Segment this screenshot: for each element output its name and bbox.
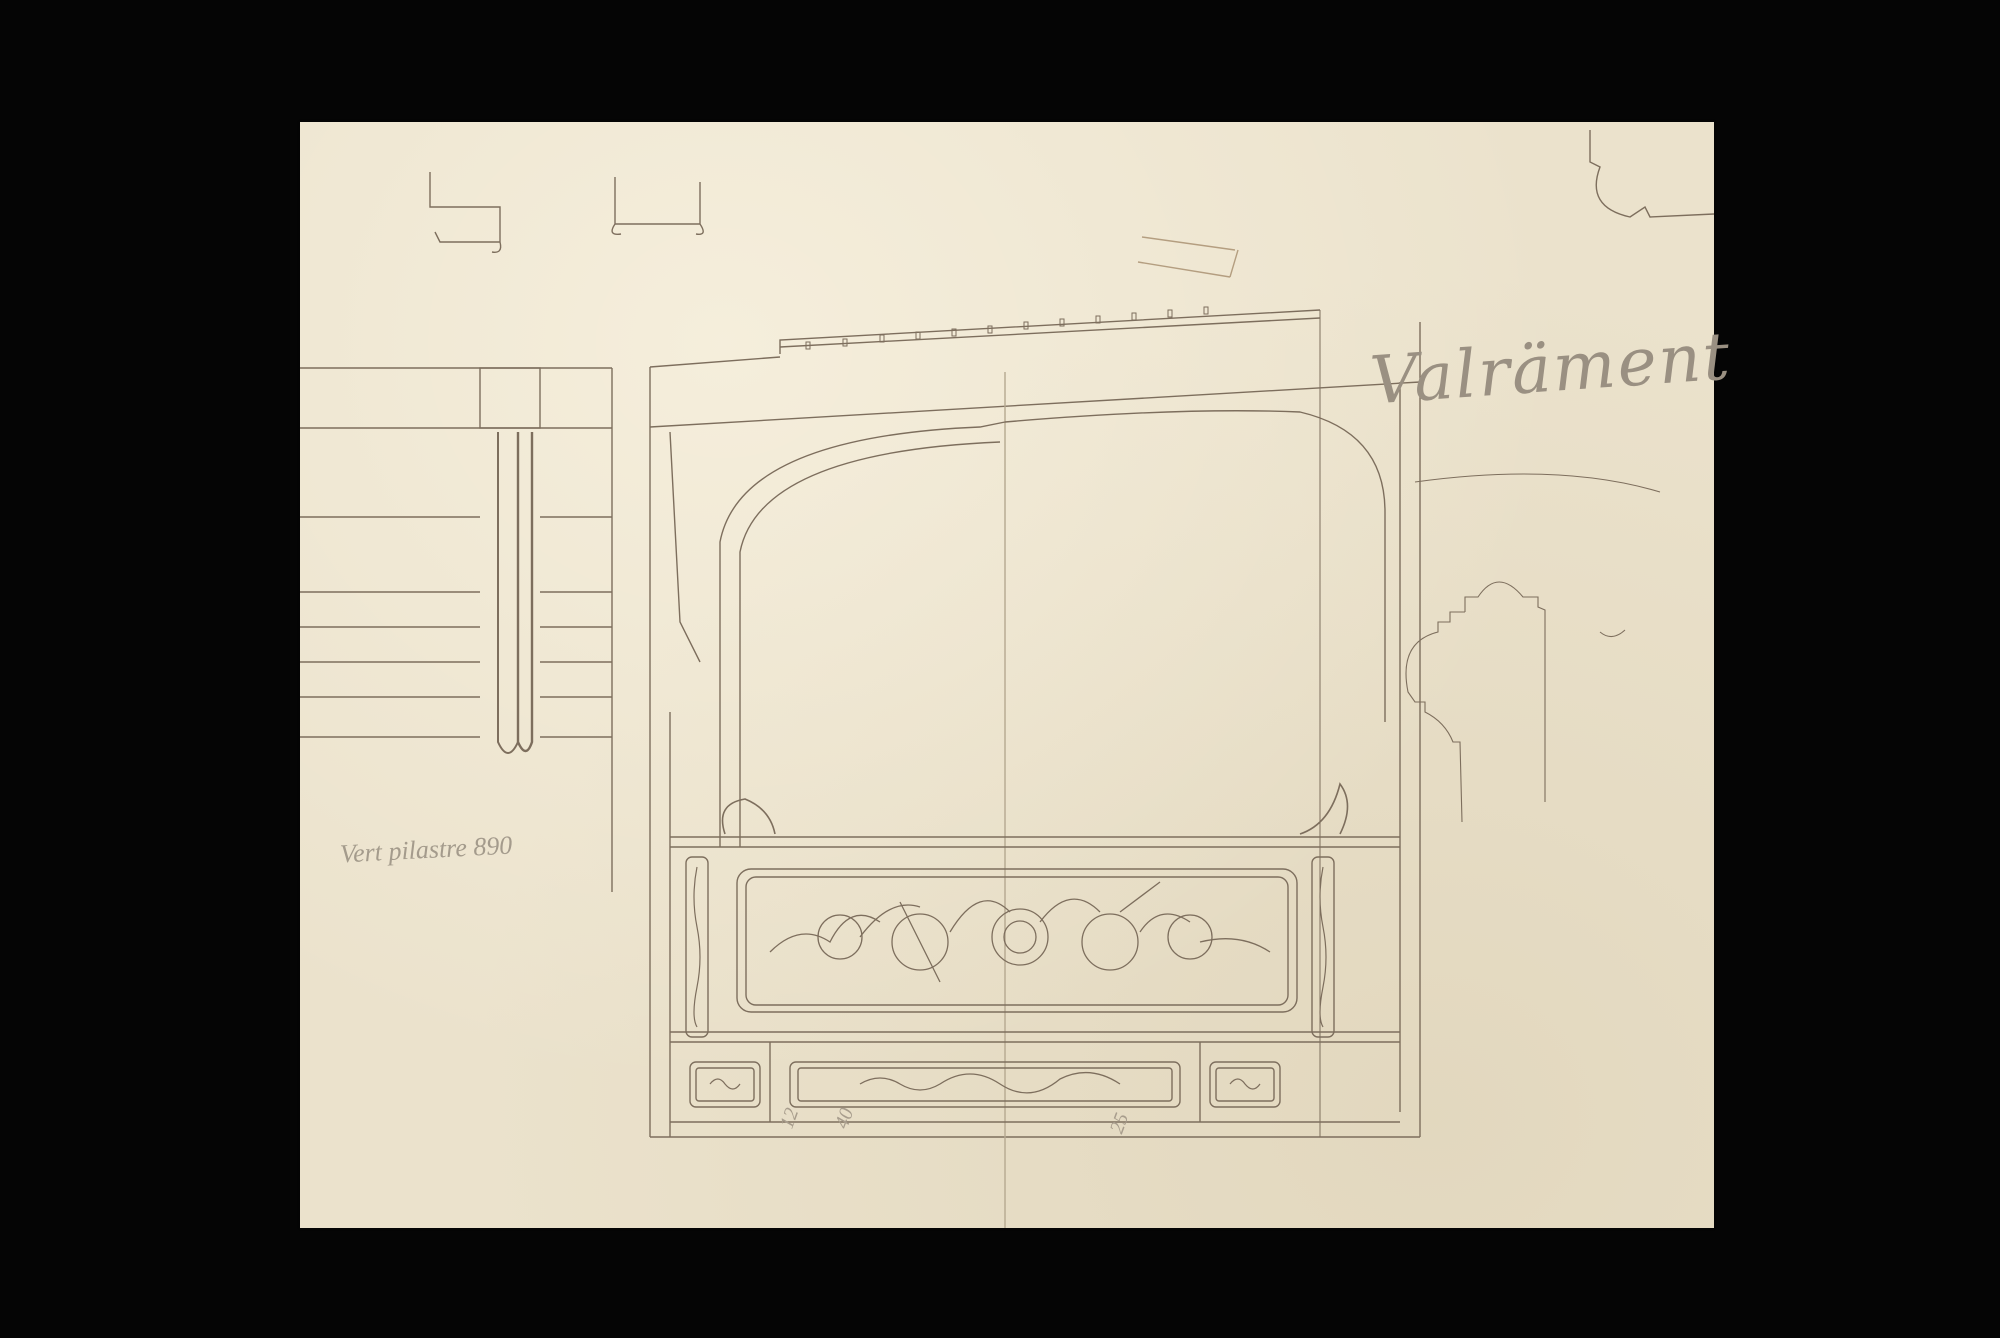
drawing-paper: Valräment Vert pilastre 890 12 40 25: [300, 122, 1714, 1228]
drawing-linework: [300, 122, 1714, 1228]
right-finial: [1300, 784, 1348, 834]
bracket-sketch-2: [612, 177, 703, 234]
left-finial: [723, 799, 776, 834]
faint-sketch: [1138, 237, 1238, 277]
corner-profile-sketch: [1590, 130, 1714, 217]
bracket-sketch-1: [430, 172, 501, 252]
rococo-carving: [770, 882, 1270, 982]
